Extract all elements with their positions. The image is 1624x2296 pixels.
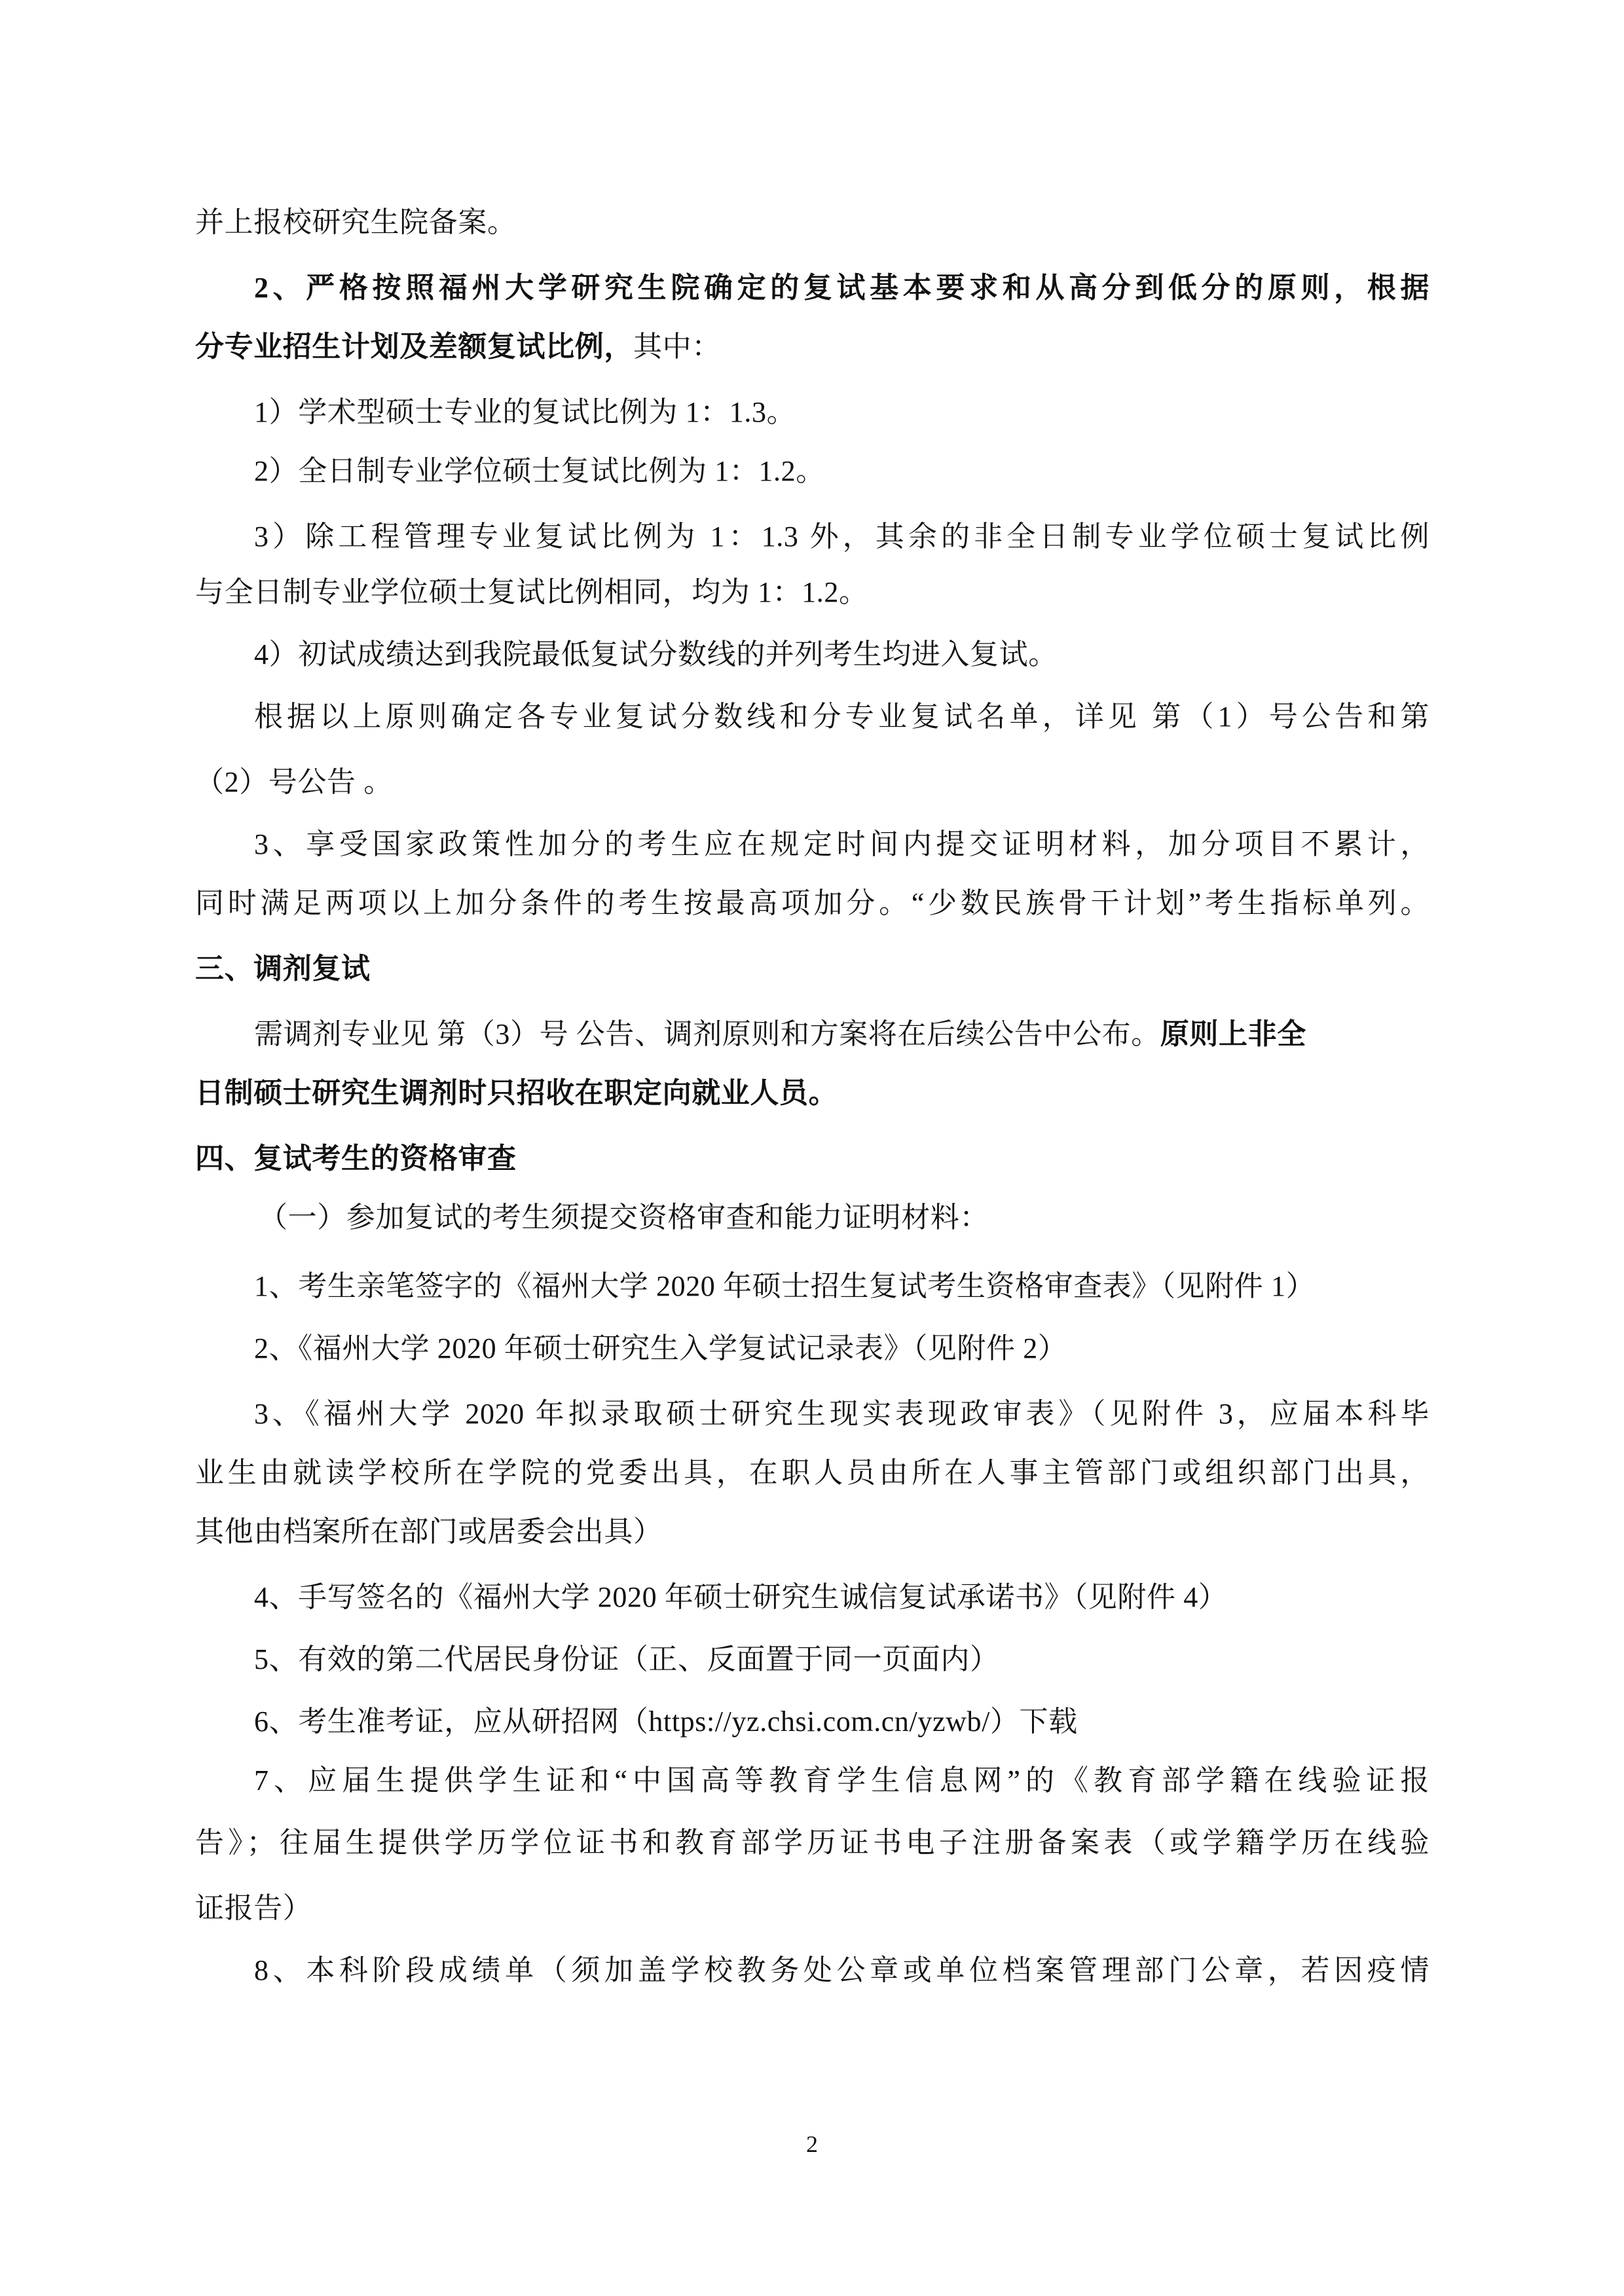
list-item: 7、应届生提供学生证和“中国高等教育学生信息网”的《教育部学籍在线验证报: [254, 1761, 1430, 1800]
bold-text: 原则上非全: [1160, 1018, 1306, 1050]
paragraph-line: 与全日制专业学位硕士复试比例相同，均为 1：1.2。: [195, 573, 1430, 612]
paragraph-line: 需调剂专业见 第（3）号 公告、调剂原则和方案将在后续公告中公布。原则上非全: [254, 1015, 1430, 1054]
list-item: 4）初试成绩达到我院最低复试分数线的并列考生均进入复试。: [254, 635, 1430, 674]
plain-text: 其中：: [633, 331, 721, 363]
paragraph-line-bold: 日制硕士研究生调剂时只招收在职定向就业人员。: [195, 1074, 1430, 1113]
plain-text: 需调剂专业见 第（3）号 公告、调剂原则和方案将在后续公告中公布。: [254, 1018, 1160, 1050]
bold-text: 分专业招生计划及差额复试比例，: [195, 331, 633, 363]
paragraph-line: 告》；往届生提供学历学位证书和教育部学历证书电子注册备案表（或学籍学历在线验: [195, 1823, 1430, 1863]
paragraph-line: 业生由就读学校所在学院的党委出具，在职人员由所在人事主管部门或组织部门出具，: [195, 1453, 1430, 1493]
document-page: 并上报校研究生院备案。 2、严格按照福州大学研究生院确定的复试基本要求和从高分到…: [0, 0, 1624, 2296]
page-number: 2: [0, 2128, 1624, 2160]
list-item: 3）除工程管理专业复试比例为 1：1.3 外，其余的非全日制专业学位硕士复试比例: [254, 517, 1430, 556]
paragraph-line: 其他由档案所在部门或居委会出具）: [195, 1512, 1430, 1552]
list-item: 5、有效的第二代居民身份证（正、反面置于同一页面内）: [254, 1640, 1430, 1679]
paragraph-line: 根据以上原则确定各专业复试分数线和分专业复试名单，详见 第（1）号公告和第: [254, 697, 1430, 737]
section-heading: 三、调剂复试: [195, 949, 1430, 989]
list-item: 4、手写签名的《福州大学 2020 年硕士研究生诚信复试承诺书》（见附件 4）: [254, 1578, 1430, 1617]
list-item: 2、《福州大学 2020 年硕士研究生入学复试记录表》（见附件 2）: [254, 1329, 1430, 1368]
paragraph-line: （2）号公告 。: [195, 763, 1430, 802]
paragraph-line: 3、享受国家政策性加分的考生应在规定时间内提交证明材料，加分项目不累计，: [254, 825, 1430, 864]
list-item: 3、《福州大学 2020 年拟录取硕士研究生现实表现政审表》（见附件 3，应届本…: [254, 1394, 1430, 1434]
paragraph-line: 并上报校研究生院备案。: [195, 203, 1430, 242]
subsection-heading: （一）参加复试的考生须提交资格审查和能力证明材料：: [259, 1198, 1493, 1237]
section-heading: 四、复试考生的资格审查: [195, 1139, 1430, 1178]
list-item: 1、考生亲笔签字的《福州大学 2020 年硕士招生复试考生资格审查表》（见附件 …: [254, 1267, 1430, 1306]
list-item: 6、考生准考证，应从研招网（https://yz.chsi.com.cn/yzw…: [254, 1702, 1430, 1741]
paragraph-line: 证报告）: [195, 1889, 1430, 1928]
paragraph-line-bold: 2、严格按照福州大学研究生院确定的复试基本要求和从高分到低分的原则，根据: [254, 268, 1430, 308]
list-item: 2）全日制专业学位硕士复试比例为 1：1.2。: [254, 452, 1430, 491]
list-item: 1）学术型硕士专业的复试比例为 1：1.3。: [254, 393, 1430, 432]
paragraph-line: 分专业招生计划及差额复试比例，其中：: [195, 327, 1430, 367]
list-item: 8、本科阶段成绩单（须加盖学校教务处公章或单位档案管理部门公章，若因疫情: [254, 1951, 1430, 1990]
paragraph-line: 同时满足两项以上加分条件的考生按最高项加分。“少数民族骨干计划”考生指标单列。: [195, 884, 1430, 923]
